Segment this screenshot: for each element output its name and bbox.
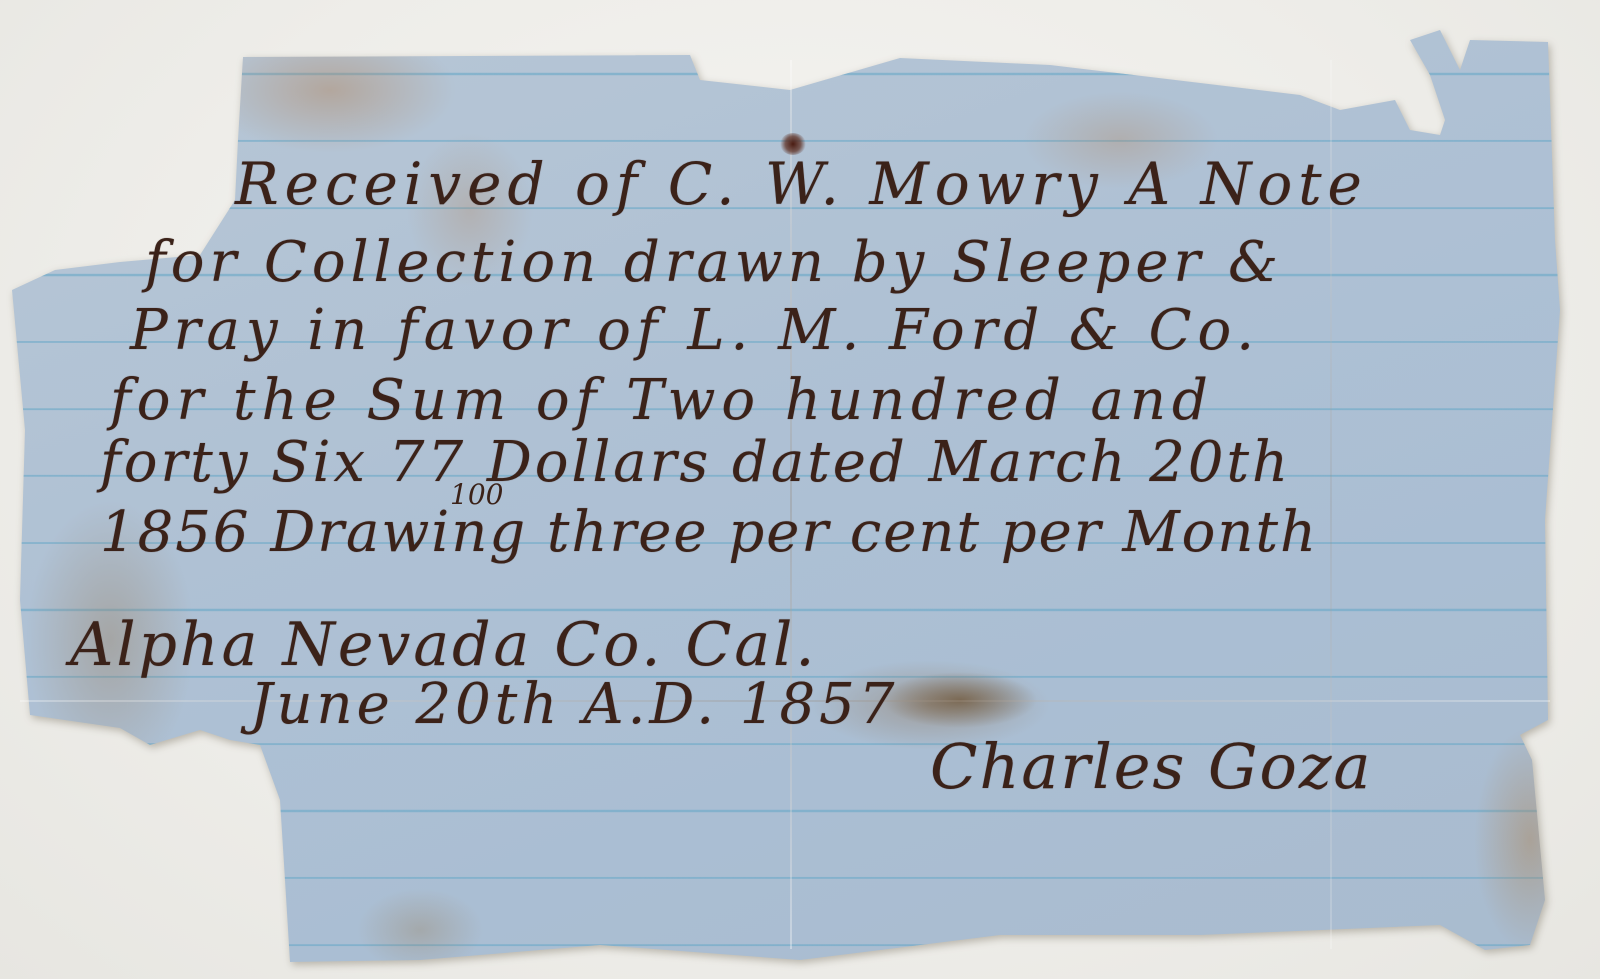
body-line-2: for Collection drawn by Sleeper & (145, 230, 1283, 295)
body-line-6: 1856 Drawing three per cent per Month (100, 500, 1318, 565)
body-line-5: forty Six 77 Dollars dated March 20th (100, 430, 1291, 495)
body-line-1: Received of C. W. Mowry A Note (235, 150, 1368, 218)
signature: Charles Goza (930, 730, 1373, 803)
place-line: Alpha Nevada Co. Cal. (70, 610, 817, 680)
body-line-3: Pray in favor of L. M. Ford & Co. (130, 298, 1260, 363)
date-line: June 20th A.D. 1857 (250, 672, 898, 737)
receipt-text: Received of C. W. Mowry A Note for Colle… (0, 0, 1600, 979)
body-line-4: for the Sum of Two hundred and (110, 368, 1214, 433)
